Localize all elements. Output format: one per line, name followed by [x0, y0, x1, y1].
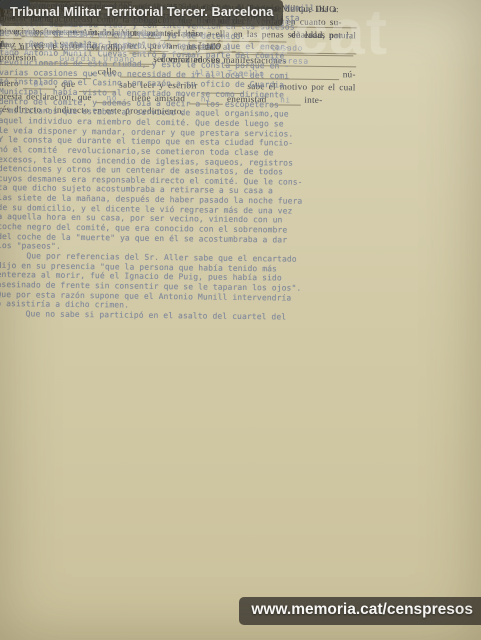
form-printed-text: nú-	[339, 69, 356, 79]
footer-caption-text: www.memoria.cat/censpresos	[251, 601, 473, 618]
footer-caption: www.memoria.cat/censpresos	[239, 597, 481, 625]
photo-of-document: DECLARACIÓN DE En Manresaa diez de enero…	[0, 0, 481, 640]
header-caption: Tribunal Militar Territorial Tercer. Bar…	[0, 0, 283, 26]
deposition-text: PREGUNTADO convenientemente contesta:Que…	[0, 0, 315, 322]
header-caption-text: Tribunal Militar Territorial Tercer. Bar…	[10, 4, 273, 19]
